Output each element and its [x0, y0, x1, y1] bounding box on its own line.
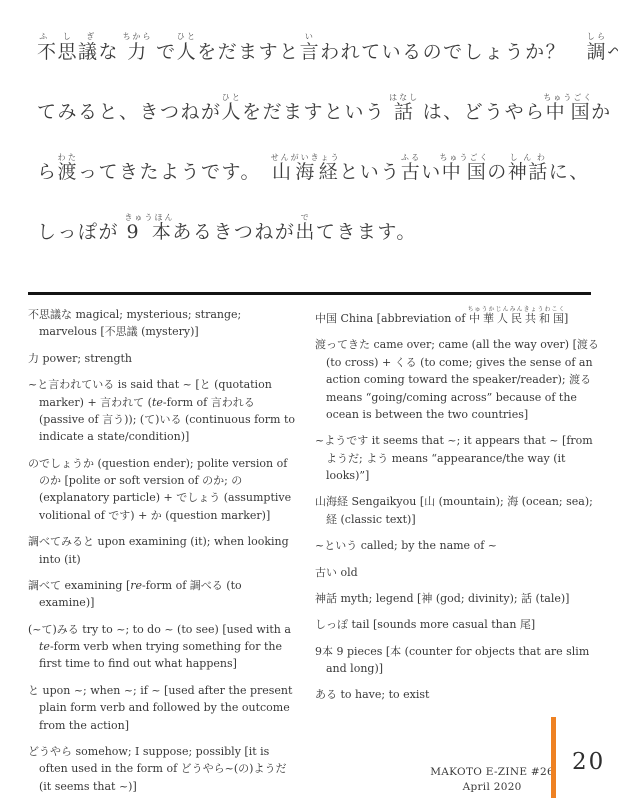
vocab-entry: 9本 9 pieces [本 (counter for objects that…	[315, 643, 599, 678]
vocab-entry: 中国 China [abbreviation of 中華人民共和国ちゅうかじんみ…	[315, 306, 599, 327]
passage-line: しっぽが 9 本きゅうほんあるきつねが出でてきます。	[37, 213, 607, 244]
footer-meta: MAKOTO E-ZINE #26 April 2020	[430, 765, 554, 795]
vocab-column-left: 不思議な magical; mysterious; strange; marve…	[28, 306, 300, 798]
magazine-page: 不思議ふ し ぎな 力ちから で人ひとをだますと言いわれているのでしょうか？ 調…	[0, 0, 618, 798]
vocab-entry: 神話 myth; legend [神 (god; divinity); 話 (t…	[315, 590, 599, 607]
vocab-column-right: 中国 China [abbreviation of 中華人民共和国ちゅうかじんみ…	[315, 306, 599, 798]
vocab-entry: 調べて examining [re-form of 調べる (to examin…	[28, 577, 300, 612]
vocab-entry: しっぽ tail [sounds more casual than 尾]	[315, 616, 599, 633]
passage-line: 不思議ふ し ぎな 力ちから で人ひとをだますと言いわれているのでしょうか？ 調…	[37, 32, 607, 64]
vocab-entry: 力 power; strength	[28, 350, 300, 367]
section-divider-rule	[28, 292, 591, 295]
footer-date: April 2020	[430, 780, 554, 795]
passage: 不思議ふ し ぎな 力ちから で人ひとをだますと言いわれているのでしょうか？ 調…	[37, 32, 607, 272]
vocab-entry: 山海経 Sengaikyou [山 (mountain); 海 (ocean; …	[315, 493, 599, 528]
vocab-entry: 渡ってきた came over; came (all the way over)…	[315, 336, 599, 423]
vocab-entry: ~と言われている is said that ~ [と (quotation ma…	[28, 376, 300, 446]
vocab-entry: どうやら somehow; I suppose; possibly [it is…	[28, 743, 300, 795]
vocab-entry: と upon ~; when ~; if ~ [used after the p…	[28, 682, 300, 734]
vocab-entry: 古い old	[315, 564, 599, 581]
vocab-entry: ある to have; to exist	[315, 686, 599, 703]
passage-line: ら渡わたってきたようです。 山海経せんがいきょうという古ふるい中国ちゅうごくの神…	[37, 153, 607, 184]
page-number: 20	[572, 749, 605, 775]
vocab-entry: (~て)みる try to ~; to do ~ (to see) [used …	[28, 621, 300, 673]
vocab-entry: のでしょうか (question ender); polite version …	[28, 455, 300, 525]
footer-accent-bar	[551, 717, 556, 798]
vocab-entry: 不思議な magical; mysterious; strange; marve…	[28, 306, 300, 341]
footer-zine-title: MAKOTO E-ZINE #26	[430, 765, 554, 780]
vocab-section: 不思議な magical; mysterious; strange; marve…	[28, 306, 599, 798]
passage-line: てみると、きつねが人ひとをだますという 話はなし は、どうやら中国ちゅうごくか	[37, 93, 607, 124]
vocab-entry: ~ようです it seems that ~; it appears that ~…	[315, 432, 599, 484]
vocab-entry: ~という called; by the name of ~	[315, 537, 599, 554]
vocab-entry: 調べてみると upon examining (it); when looking…	[28, 533, 300, 568]
